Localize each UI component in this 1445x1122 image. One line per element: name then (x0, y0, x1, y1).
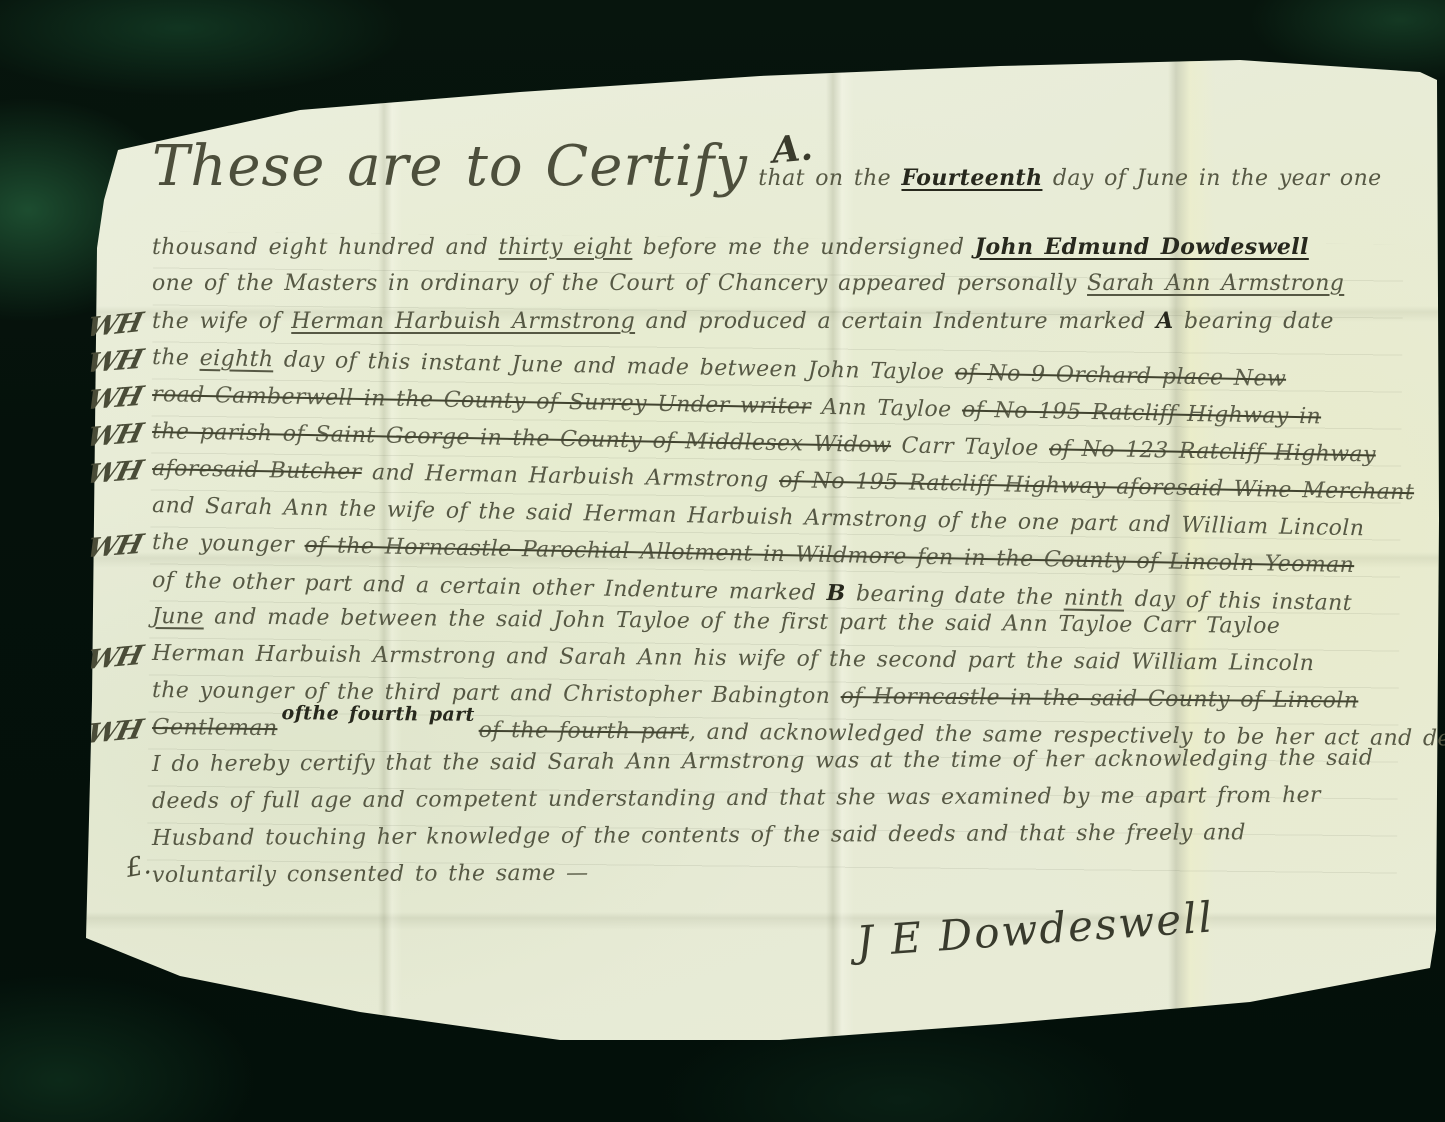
text-segment: the younger (152, 530, 305, 558)
manuscript-line: thousand eight hundred and thirty eight … (152, 234, 1414, 271)
manuscript-lines: These are to Certify that on the Fourtee… (152, 126, 1414, 900)
text-segment: These are to Certify (152, 134, 748, 199)
text-segment: Fourteenth (901, 165, 1042, 191)
manuscript-line: one of the Masters in ordinary of the Co… (152, 271, 1414, 308)
text-segment: day of this instant June and made betwee… (273, 347, 955, 385)
margin-initials: WH (84, 307, 144, 343)
text-segment: of Horncastle in the said County of Linc… (841, 684, 1359, 714)
text-segment: ninth (1064, 586, 1125, 612)
text-segment: Gentleman (152, 715, 278, 741)
text-segment: of No 123 Ratcliff Highway (1049, 436, 1376, 467)
text-segment: of the fourth part (479, 718, 689, 745)
manuscript-line: These are to Certify that on the Fourtee… (152, 126, 1414, 234)
text-segment: Husband touching her knowledge of the co… (152, 820, 1246, 851)
text-segment: the (152, 345, 200, 371)
margin-flourish: £. (124, 850, 154, 884)
text-segment: that on the (748, 166, 902, 191)
text-segment: Herman Harbuish Armstrong (291, 309, 635, 334)
margin-initials: WH (84, 418, 145, 453)
margin-initials: WH (84, 344, 145, 379)
text-segment: aforesaid Butcher (152, 456, 362, 485)
text-segment: day of this instant (1124, 587, 1352, 616)
margin-initials: WH (84, 455, 145, 490)
text-segment: bearing date the (845, 581, 1064, 610)
text-segment: A (1156, 308, 1173, 334)
margin-initials: WH (84, 714, 144, 750)
text-segment: before me the undersigned (632, 235, 974, 260)
text-segment: deeds of full age and competent understa… (152, 783, 1321, 814)
text-segment: Carr Tayloe (891, 433, 1049, 461)
text-segment: the wife of (152, 309, 291, 334)
text-segment: Sarah Ann Armstrong (1087, 271, 1344, 296)
text-segment: bearing date (1174, 309, 1334, 334)
margin-initials: WH (84, 381, 145, 416)
text-segment: ofthe fourth part (281, 702, 474, 726)
text-segment: day of June in the year one (1042, 166, 1381, 191)
text-segment: Ann Tayloe (811, 395, 962, 423)
text-segment: the younger of the third part and Christ… (152, 678, 841, 709)
text-segment: eighth (199, 346, 273, 372)
text-segment: thirty eight (499, 235, 633, 260)
margin-initials: WH (84, 640, 144, 676)
text-segment: June (152, 604, 204, 629)
scanned-document-canvas: A. These are to Certify that on the Four… (0, 0, 1445, 1122)
text-segment: of No 9 Orchard place New (955, 360, 1287, 391)
manuscript-line: WHthe wife of Herman Harbuish Armstrong … (152, 308, 1414, 345)
text-segment: thousand eight hundred and (152, 235, 499, 260)
margin-initials: WH (84, 529, 145, 564)
text-segment: I do hereby certify that the said Sarah … (152, 746, 1373, 777)
text-segment: one of the Masters in ordinary of the Co… (152, 271, 1087, 296)
text-segment: and produced a certain Indenture marked (635, 309, 1156, 334)
text-segment: John Edmund Dowdeswell (975, 234, 1309, 260)
text-segment: B (826, 580, 845, 606)
text-segment: voluntarily consented to the same — (152, 861, 589, 888)
